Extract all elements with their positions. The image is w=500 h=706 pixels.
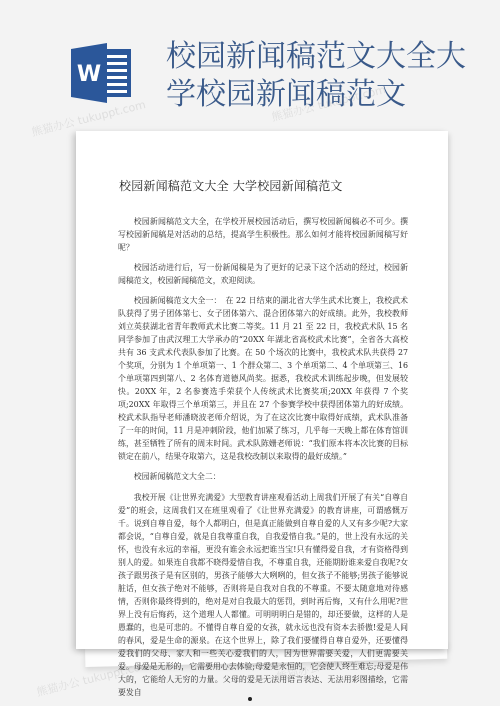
document-title: 校园新闻稿范文大全 大学校园新闻稿范文 xyxy=(119,177,429,194)
header: W 校园新闻稿范文大全大 学校园新闻稿范文 xyxy=(0,0,500,125)
document-body: 校园新闻稿范文大全，在学校开展校园活动后，撰写校园新闻稿必不可少。撰写校园新闻稿… xyxy=(118,215,408,706)
paragraph: 校园新闻稿范文大全，在学校开展校园活动后，撰写校园新闻稿必不可少。撰写校园新闻稿… xyxy=(118,215,408,254)
word-document-icon: W xyxy=(69,43,135,103)
svg-text:W: W xyxy=(77,62,101,87)
document-page: 校园新闻稿范文大全 大学校园新闻稿范文 校园新闻稿范文大全，在学校开展校园活动后… xyxy=(76,131,448,649)
section-heading: 校园新闻稿范文大全二： xyxy=(118,470,408,483)
title-line-1: 校园新闻稿范文大全大 xyxy=(166,38,466,76)
paragraph: 校园新闻稿范文大全一： 在 22 日结束的湖北省大学生武术比赛上，我校武术队获得… xyxy=(118,294,408,463)
paragraph: 我校开展《让世界充满爱》大型教育讲座观看活动上周我们开展了有关“自尊自爱”的班会… xyxy=(118,491,408,699)
paragraph: 校园活动进行后，写一份新闻稿是为了更好的记录下这个活动的经过，校园新闻稿范文，校… xyxy=(118,261,408,287)
pagination-dot xyxy=(248,697,252,701)
